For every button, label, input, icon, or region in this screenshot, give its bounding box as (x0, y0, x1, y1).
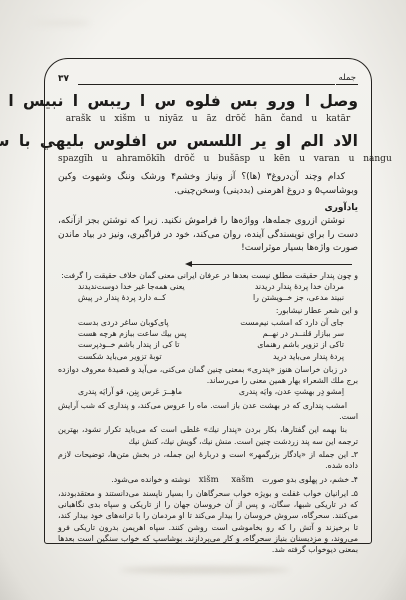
poem-couplet-row: تاکی از تزویر باشم رهنمای تا کی از پندار… (58, 339, 358, 350)
footnote-continuation: و چون پندار حقیقت مطلق نیست بعدها در عرف… (58, 270, 358, 281)
footnote-3: ۳ـ این جمله از «یادگار بزرگمهر» است و در… (58, 449, 358, 472)
page-frame: جمله ٣٧ وصل ا ورو بس فلوه س ا ريبس ا نبي… (44, 58, 372, 544)
scanned-book-page: جمله ٣٧ وصل ا ورو بس فلوه س ا ريبس ا نبي… (0, 0, 406, 600)
hemistich: سر ببازار قلنــدر در نهــم (263, 328, 344, 339)
hemistich: جای آن دارد که امشب نیم‌مست (240, 317, 344, 328)
poem-couplet-row: جای آن دارد که امشب نیم‌مست پای‌کوبان سا… (58, 317, 358, 328)
pahlavi-script-line-2: الاد الم او ير اللسس س افلوس بليهي با سع… (58, 130, 358, 152)
dialect-meaning: امشب پنداری که در بهشت عدن باز است. ماه … (58, 400, 358, 423)
footnote-5: ۵ـ ایرانیان خواب غفلت و بویژه خواب سحرگا… (58, 488, 358, 556)
poem-couplet-row: پردهٔ پندار می‌باید درید توبهٔ تزویر می‌… (58, 351, 358, 362)
poem-couplet-row: سر ببازار قلنــدر در نهــم پس بیك ساعت ب… (58, 328, 358, 339)
khorasan-note: در زبان خراسان هنوز «پندری» بمعنی چنین گ… (58, 364, 358, 387)
hemistich: ماهِــرَ عَرس بِنِن، قو آرایَه پندری (78, 386, 182, 397)
header-rule (78, 83, 335, 85)
page-number: ٣٧ (58, 74, 72, 85)
conclusion-note: بنا بهمه این گفتارها، بکار بردن «پندار ن… (58, 424, 358, 447)
poem-couplet-row: مردان خدا پردهٔ پندار دریدند یعنی همه‌جا… (58, 281, 358, 292)
dialect-couplet-row: اِمشو دِر بهشتِ عدن، وایَه پندری ماهِــر… (58, 386, 358, 397)
reminder-heading: یادآوری (58, 203, 358, 213)
hemistich: توبهٔ تزویر می‌باید شکست (78, 351, 162, 362)
scan-noise (120, 566, 290, 574)
footnote-divider-line (192, 264, 352, 265)
question-paragraph: کدام وچند آن‌دروغ۳ (ها)؟ آز ونیاز وخشم۴ … (58, 171, 358, 198)
page-header: جمله ٣٧ (58, 69, 358, 85)
running-title: جمله (336, 73, 358, 85)
reminder-paragraph: نوشتن ازروی جمله‌ها، وواژه‌ها را فراموش … (58, 215, 358, 256)
scan-noise (30, 20, 90, 26)
hemistich: نبیند مدعی، جز خــویشتن را (253, 292, 344, 303)
hemistich: تاکی از تزویر باشم رهنمای (257, 339, 344, 350)
hemistich: پای‌کوبان ساغر دردی بدست (78, 317, 169, 328)
attar-intro: و این شعر عطار نیشابور: (58, 305, 358, 316)
hemistich: پردهٔ پندار می‌باید درید (273, 351, 344, 362)
pahlavi-script-line-1: وصل ا ورو بس فلوه س ا ريبس ا نبيس ا سلسو (58, 90, 358, 112)
hemistich: کــه دارد پردهٔ پندار در پیش (78, 292, 166, 303)
footnote-4: ۴ـ خشم، در پهلوی بدو صورت xišm xašm نوشت… (58, 474, 358, 486)
transliteration-line-1: arašk u xišm u niyāz u āz drōč hān čand … (58, 113, 358, 125)
footnote-divider (58, 261, 358, 267)
hemistich: اِمشو دِر بهشتِ عدن، وایَه پندری (239, 386, 344, 397)
hemistich: پس بیك ساعت ببازم هرچه هست (78, 328, 186, 339)
footnote-4-pre: ۴ـ خشم، در پهلوی بدو صورت (262, 475, 358, 484)
hemistich: یعنی همه‌جا غیر خدا دوست‌ندیدند (78, 281, 185, 292)
pahlavi-terms: xišm xašm (193, 475, 260, 485)
hemistich: مردان خدا پردهٔ پندار دریدند (255, 281, 344, 292)
footnote-divider-arrow-icon (185, 261, 192, 267)
transliteration-line-2: spazgīh u ahramōkīh drōč u bušāsp u kēn … (58, 153, 358, 165)
poem-couplet-row: نبیند مدعی، جز خــویشتن را کــه دارد پرد… (58, 292, 358, 303)
hemistich: تا کی از پندار باشم خــودپرست (78, 339, 179, 350)
footnote-4-post: نوشته و خوانده می‌شود. (111, 475, 190, 484)
